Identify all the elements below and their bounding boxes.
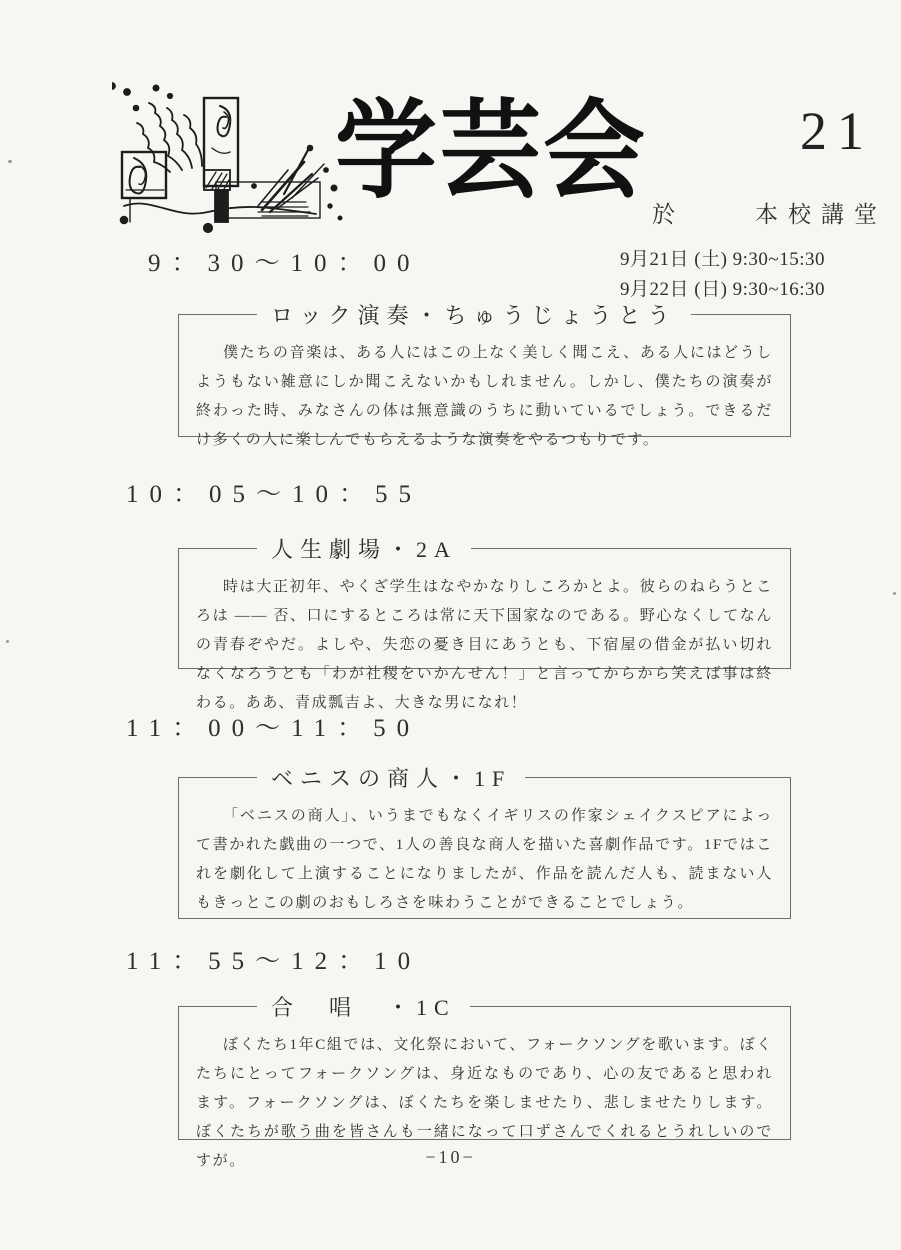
date-line: 9月21日 (土) 9:30~15:30	[620, 245, 825, 275]
venue-line: 於 本校講堂	[652, 196, 887, 229]
ink-drawing-illustration	[112, 78, 347, 243]
scan-speck	[8, 160, 12, 163]
program-title: ベニスの商人・1F	[257, 762, 525, 793]
time-slot-4: 11：55～12：10	[126, 941, 421, 977]
scan-speck	[6, 640, 9, 643]
program-title: ロック演奏・ちゅうじょうとう	[257, 299, 691, 330]
program-description: 僕たちの音楽は、ある人にはこの上なく美しく聞こえ、ある人にはどうしようもない雑意…	[179, 315, 790, 455]
festival-dates: 9月21日 (土) 9:30~15:30 9月22日 (日) 9:30~16:3…	[620, 245, 825, 305]
program-page: 学芸会 21 於 本校講堂 9月21日 (土) 9:30~15:30 9月22日…	[0, 0, 901, 1250]
program-box-jinsei-gekijo: 人生劇場・2A 時は大正初年、やくざ学生はなやかなりしころかとよ。彼らのねらうと…	[178, 548, 791, 669]
program-box-rock: ロック演奏・ちゅうじょうとう 僕たちの音楽は、ある人にはこの上なく美しく聞こえ、…	[178, 314, 791, 437]
program-description: 「ベニスの商人」、いうまでもなくイギリスの作家シェイクスピアによって書かれた戯曲…	[179, 778, 790, 918]
page-number-top: 21	[800, 100, 874, 162]
program-box-merchant-of-venice: ベニスの商人・1F 「ベニスの商人」、いうまでもなくイギリスの作家シェイクスピア…	[178, 777, 791, 919]
time-slot-2: 10：05～10：55	[126, 474, 422, 510]
venue-prefix: 於	[652, 196, 675, 229]
page-number-bottom: −10−	[0, 1147, 901, 1168]
time-slot-3: 11：00～11：50	[126, 708, 420, 744]
event-title: 学芸会	[335, 89, 655, 218]
program-box-chorus: 合 唱 ・1C ぼくたち1年C組では、文化祭において、フォークソングを歌います。…	[178, 1006, 791, 1140]
program-title: 合 唱 ・1C	[257, 991, 470, 1022]
venue-name: 本校講堂	[755, 196, 887, 229]
time-slot-1: 9：30～10：00	[148, 243, 421, 279]
scan-speck	[893, 592, 896, 595]
program-description: 時は大正初年、やくざ学生はなやかなりしころかとよ。彼らのねらうところは ―― 否…	[179, 549, 790, 718]
program-title: 人生劇場・2A	[257, 533, 471, 564]
